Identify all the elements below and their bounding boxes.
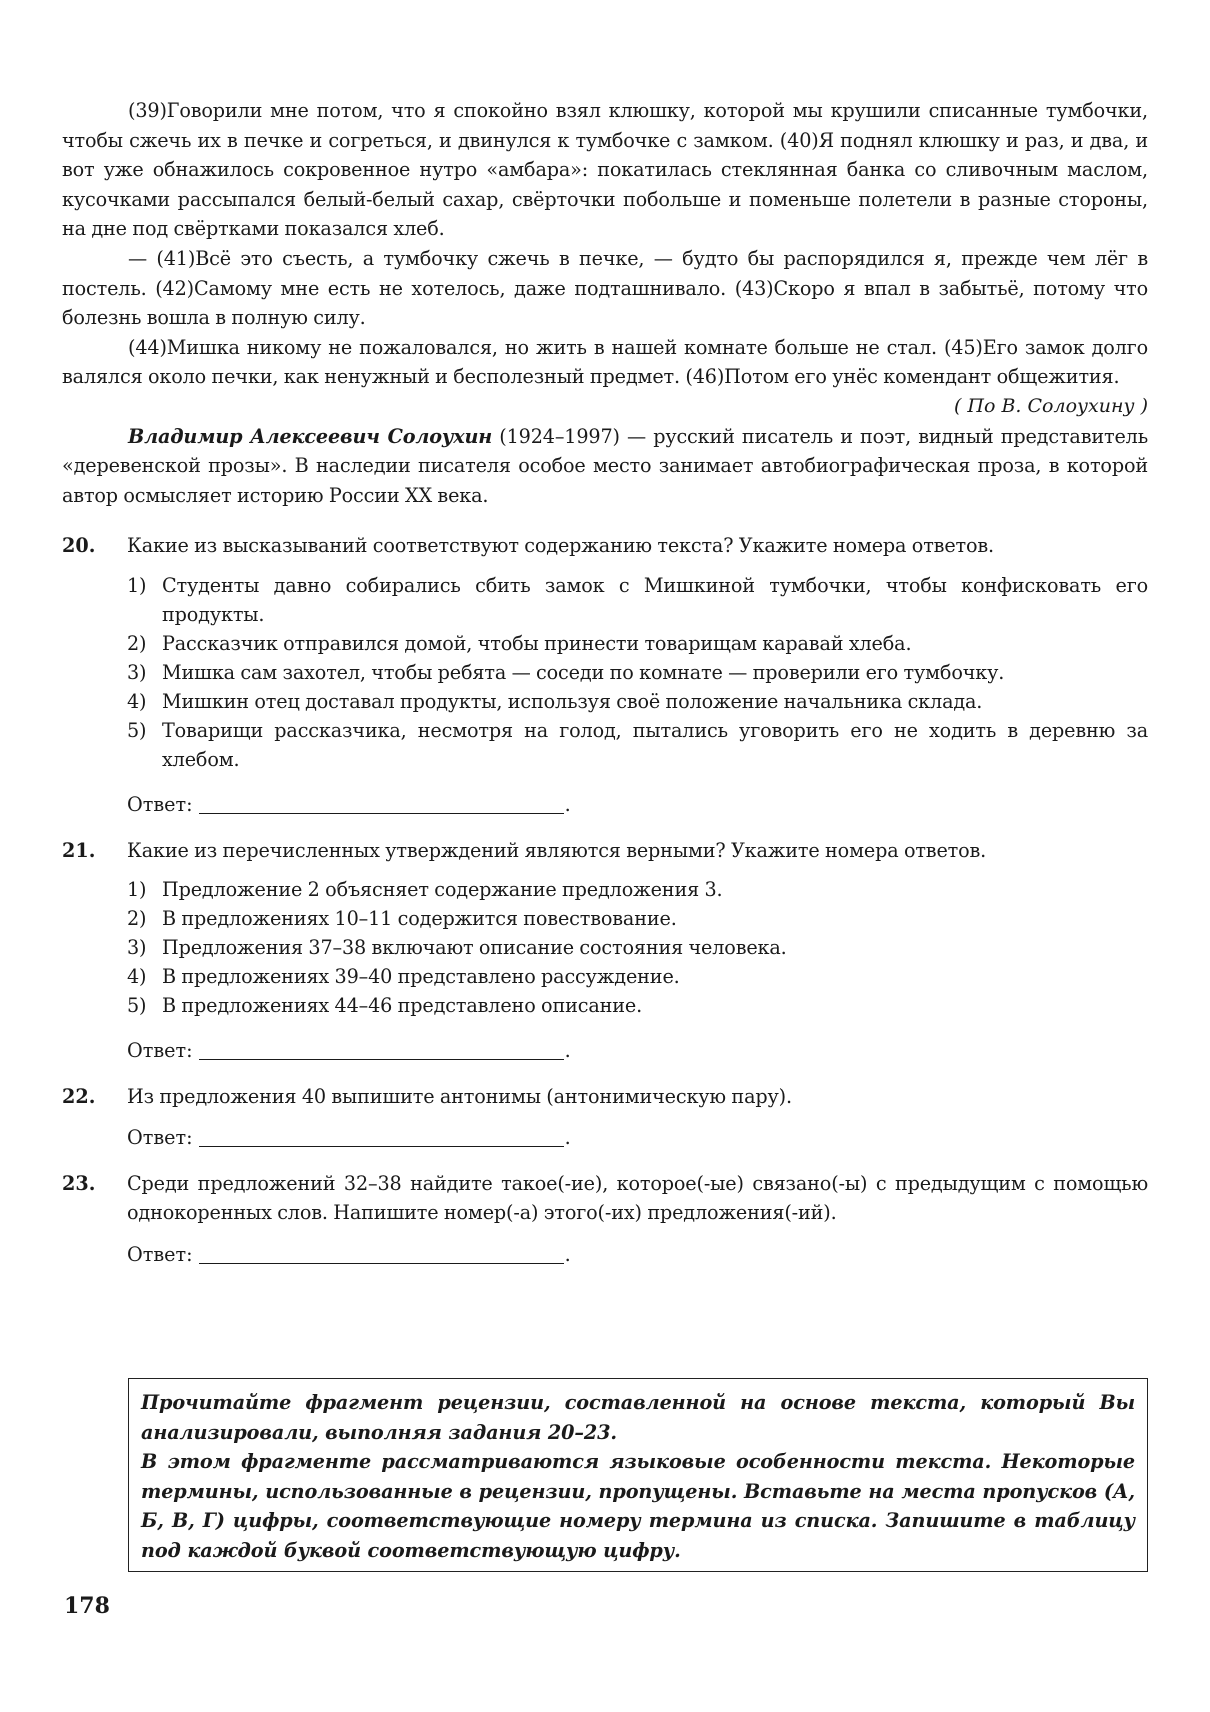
option-text: Рассказчик отправился домой, чтобы прине… [162, 632, 911, 655]
option-text: Студенты давно собирались сбить замок с … [162, 574, 1148, 626]
instruction-text-2: В этом фрагменте рассматриваются языковы… [141, 1447, 1135, 1565]
answer-period: . [565, 1036, 571, 1066]
task-question: Какие из перечисленных утверждений являю… [127, 836, 1148, 866]
option-number: 2) [127, 629, 146, 658]
option-item: 2)Рассказчик отправился домой, чтобы при… [127, 629, 1148, 658]
passage-paragraph-2: — (41)Всё это съесть, а тумбочку сжечь в… [62, 244, 1148, 333]
option-text: Предложение 2 объясняет содержание предл… [162, 878, 723, 901]
task-number: 20. [62, 531, 95, 561]
passage-paragraph-3: (44)Мишка никому не пожаловался, но жить… [62, 333, 1148, 392]
answer-row: Ответ: . [127, 790, 1148, 820]
option-item: 3)Мишка сам захотел, чтобы ребята — сосе… [127, 658, 1148, 687]
option-text: Товарищи рассказчика, несмотря на голод,… [162, 719, 1148, 771]
instruction-box: Прочитайте фрагмент рецензии, составленн… [128, 1378, 1148, 1572]
passage-source: ( По В. Солоухину ) [62, 392, 1148, 422]
option-number: 5) [127, 716, 146, 745]
option-number: 1) [127, 875, 146, 904]
option-text: Предложения 37–38 включают описание сост… [162, 936, 787, 959]
task-23: 23. Среди предложений 32–38 найдите тако… [62, 1169, 1148, 1270]
task-question: Какие из высказываний соответствуют соде… [127, 531, 1148, 561]
option-text: Мишка сам захотел, чтобы ребята — соседи… [162, 661, 1004, 684]
option-number: 4) [127, 687, 146, 716]
answer-label: Ответ: [127, 1036, 193, 1066]
answer-field[interactable] [199, 1039, 564, 1060]
task-question: Среди предложений 32–38 найдите такое(-и… [127, 1169, 1148, 1228]
answer-row: Ответ: . [127, 1036, 1148, 1066]
answer-field[interactable] [199, 1243, 564, 1264]
option-item: 1)Студенты давно собирались сбить замок … [127, 571, 1148, 629]
page-content: (39)Говорили мне потом, что я спокойно в… [62, 96, 1148, 1270]
passage-paragraph-1: (39)Говорили мне потом, что я спокойно в… [62, 96, 1148, 244]
task-options: 1)Студенты давно собирались сбить замок … [127, 571, 1148, 774]
answer-field[interactable] [199, 1126, 564, 1147]
option-number: 4) [127, 962, 146, 991]
option-number: 5) [127, 991, 146, 1020]
option-item: 4)В предложениях 39–40 представлено расс… [127, 962, 1148, 991]
task-20: 20. Какие из высказываний соответствуют … [62, 531, 1148, 819]
option-number: 1) [127, 571, 146, 600]
task-number: 21. [62, 836, 95, 866]
option-text: В предложениях 39–40 представлено рассуж… [162, 965, 680, 988]
option-item: 1)Предложение 2 объясняет содержание пре… [127, 875, 1148, 904]
answer-period: . [565, 1123, 571, 1153]
option-text: В предложениях 10–11 содержится повество… [162, 907, 677, 930]
answer-period: . [565, 790, 571, 820]
task-21: 21. Какие из перечисленных утверждений я… [62, 836, 1148, 1066]
answer-label: Ответ: [127, 1240, 193, 1270]
option-item: 5)Товарищи рассказчика, несмотря на голо… [127, 716, 1148, 774]
author-name: Владимир Алексеевич Солоухин [128, 425, 492, 448]
answer-row: Ответ: . [127, 1123, 1148, 1153]
instruction-text-1: Прочитайте фрагмент рецензии, составленн… [141, 1388, 1135, 1447]
option-number: 3) [127, 933, 146, 962]
option-text: В предложениях 44–46 представлено описан… [162, 994, 642, 1017]
option-number: 2) [127, 904, 146, 933]
answer-period: . [565, 1240, 571, 1270]
page-number: 178 [64, 1593, 110, 1619]
option-text: Мишкин отец доставал продукты, используя… [162, 690, 982, 713]
task-22: 22. Из предложения 40 выпишите антонимы … [62, 1082, 1148, 1153]
task-options: 1)Предложение 2 объясняет содержание пре… [127, 875, 1148, 1020]
answer-label: Ответ: [127, 1123, 193, 1153]
task-number: 23. [62, 1169, 95, 1199]
author-bio: Владимир Алексеевич Солоухин (1924–1997)… [62, 422, 1148, 511]
task-question: Из предложения 40 выпишите антонимы (ант… [127, 1082, 1148, 1112]
option-item: 3)Предложения 37–38 включают описание со… [127, 933, 1148, 962]
answer-label: Ответ: [127, 790, 193, 820]
answer-field[interactable] [199, 793, 564, 814]
option-item: 2)В предложениях 10–11 содержится повест… [127, 904, 1148, 933]
option-item: 4)Мишкин отец доставал продукты, использ… [127, 687, 1148, 716]
task-number: 22. [62, 1082, 95, 1112]
option-item: 5)В предложениях 44–46 представлено опис… [127, 991, 1148, 1020]
answer-row: Ответ: . [127, 1240, 1148, 1270]
option-number: 3) [127, 658, 146, 687]
